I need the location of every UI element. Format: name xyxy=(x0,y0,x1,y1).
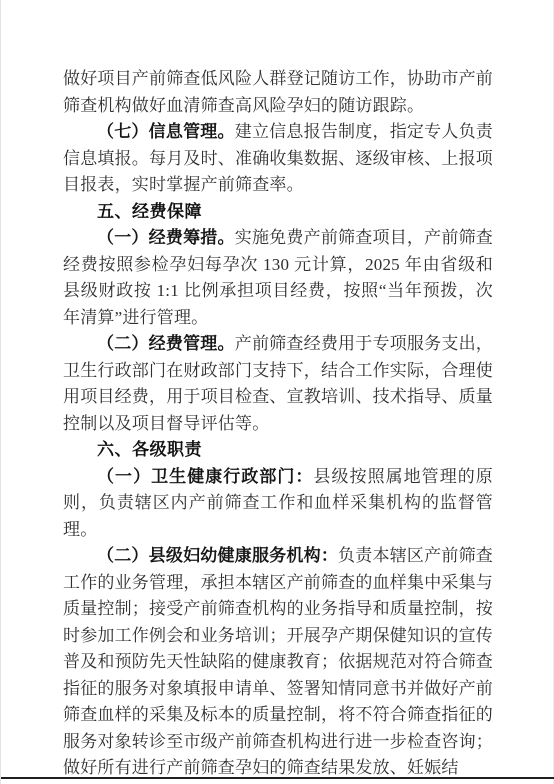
paragraph-text: 负责本辖区产前筛查工作的业务管理，承担本辖区产前筛查的血样集中采集与质量控制；接… xyxy=(63,546,493,777)
paragraph: （一）卫生健康行政部门：县级按照属地管理的原则，负责辖区内产前筛查工作和血样采集… xyxy=(63,464,493,544)
window-bottom-edge xyxy=(1,777,554,779)
paragraph: （一）经费筹措。实施免费产前筛查项目，产前筛查经费按照参检孕妇每孕次 130 元… xyxy=(63,225,493,331)
document-page-body: 做好项目产前筛查低风险人群登记随访工作，协助市产前筛查机构做好血清筛查高风险孕妇… xyxy=(63,66,493,782)
paragraph: （二）经费管理。产前筛查经费用于专项服务支出，卫生行政部门在财政部门支持下，结合… xyxy=(63,331,493,437)
paragraph-lead: （二）经费管理。 xyxy=(97,334,235,353)
section-heading: 五、经费保障 xyxy=(63,199,493,226)
paragraph-text: 做好项目产前筛查低风险人群登记随访工作，协助市产前筛查机构做好血清筛查高风险孕妇… xyxy=(63,69,493,115)
section-heading-text: 六、各级职责 xyxy=(97,440,202,459)
paragraph: 做好项目产前筛查低风险人群登记随访工作，协助市产前筛查机构做好血清筛查高风险孕妇… xyxy=(63,66,493,119)
paragraph-lead: （一）经费筹措。 xyxy=(97,228,235,247)
section-heading-text: 五、经费保障 xyxy=(97,202,202,221)
paragraph-lead: （七）信息管理。 xyxy=(97,122,235,141)
paragraph: （七）信息管理。建立信息报告制度，指定专人负责信息填报。每月及时、准确收集数据、… xyxy=(63,119,493,199)
paragraph-lead: （二）县级妇幼健康服务机构： xyxy=(97,546,338,565)
section-heading: 六、各级职责 xyxy=(63,437,493,464)
paragraph: （二）县级妇幼健康服务机构：负责本辖区产前筛查工作的业务管理，承担本辖区产前筛查… xyxy=(63,543,493,782)
document-viewport: 做好项目产前筛查低风险人群登记随访工作，协助市产前筛查机构做好血清筛查高风险孕妇… xyxy=(0,0,554,784)
paragraph-lead: （一）卫生健康行政部门： xyxy=(97,467,313,486)
